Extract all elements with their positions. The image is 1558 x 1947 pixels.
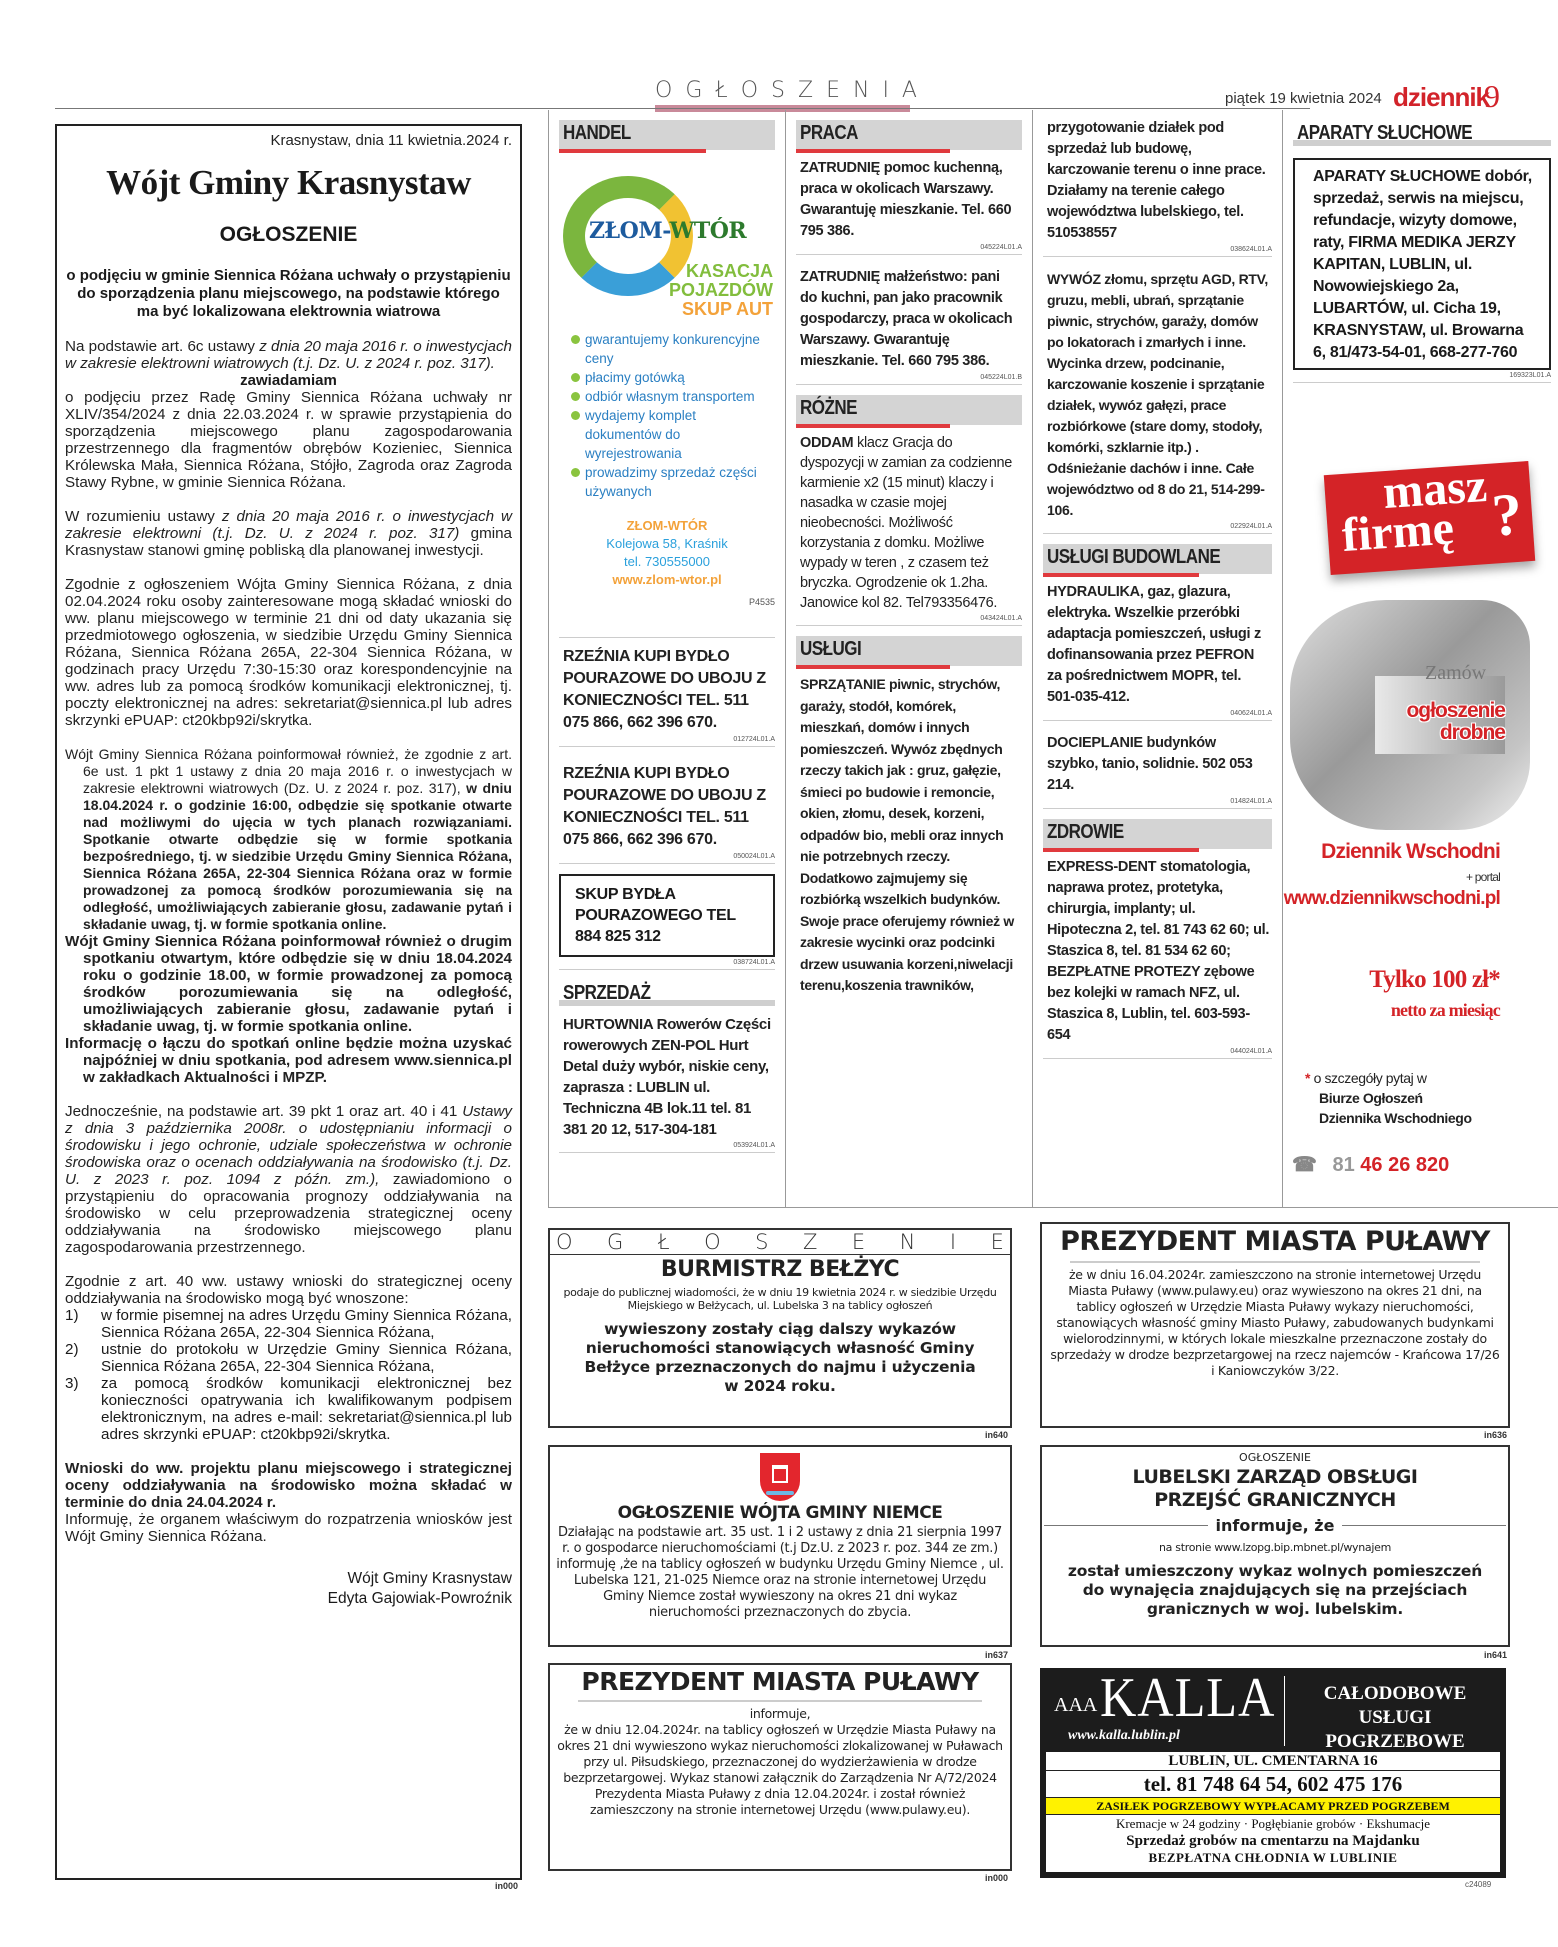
krasnystaw-notice: Krasnystaw, dnia 11 kwietnia.2024 r. Wój…	[55, 124, 522, 1880]
notice-title: PREZYDENT MIASTA PUŁAWY	[550, 1667, 1010, 1696]
notice-heading: OGŁOSZENIE	[65, 223, 512, 247]
classified-ad: ODDAM klacz Gracja do dyspozycji w zamia…	[796, 425, 1022, 613]
classified-ad: RZEŹNIA KUPI BYDŁO POURAZOWE DO UBOJU Z …	[559, 747, 775, 851]
classified-ad: przygotowanie działek pod sprzedaż lub b…	[1043, 108, 1272, 244]
notice-url: na stronie www.lzopg.bip.mbnet.pl/wynaje…	[1042, 1541, 1508, 1554]
classified-ad-boxed: APARATY SŁUCHOWE dobór, sprzedaż, serwis…	[1293, 158, 1551, 370]
section-header-handel: HANDEL	[559, 120, 775, 150]
kalla-phone: tel. 81 748 64 54, 602 475 176	[1046, 1771, 1500, 1797]
column-aparaty: APARATY SŁUCHOWE APARATY SŁUCHOWE dobór,…	[1283, 108, 1558, 383]
issue-date: piątek 19 kwietnia 2024	[1225, 90, 1382, 107]
notice-body: wywieszony zostały ciąg dalszy wykazów n…	[580, 1320, 980, 1396]
notice-place-date: Krasnystaw, dnia 11 kwietnia.2024 r.	[65, 132, 512, 149]
notice-title: LUBELSKI ZARZĄD OBSŁUGI PRZEJŚĆ GRANICZN…	[1112, 1466, 1438, 1512]
notice-title: PREZYDENT MIASTA PUŁAWY	[1042, 1226, 1508, 1257]
promo-url-link[interactable]: www.dziennikwschodni.pl	[1284, 888, 1500, 910]
notice-lzopg: OGŁOSZENIE LUBELSKI ZARZĄD OBSŁUGI PRZEJ…	[1040, 1445, 1510, 1647]
notice-pulawy-1: PREZYDENT MIASTA PUŁAWY że w dniu 16.04.…	[1040, 1222, 1510, 1428]
notice-paragraph: Na podstawie art. 6c ustawy z dnia 20 ma…	[65, 338, 512, 372]
notice-body: że w dniu 16.04.2024r. zamieszczono na s…	[1050, 1267, 1500, 1379]
niemce-crest-icon	[760, 1453, 800, 1501]
promo-brand: Dziennik Wschodni	[1321, 840, 1500, 864]
section-header-aparaty: APARATY SŁUCHOWE	[1293, 120, 1551, 146]
classified-ad: HURTOWNIA Rowerów Części rowerowych ZEN-…	[559, 1006, 775, 1140]
notice-paragraph: Zgodnie z ogłoszeniem Wójta Gminy Sienni…	[65, 576, 512, 729]
notice-body: został umieszczony wykaz wolnych pomiesz…	[1062, 1562, 1488, 1619]
column-handel: HANDEL ZŁOM-WTÓR KASACJA POJAZDÓW SKUP A…	[549, 108, 785, 1153]
notice-belzyce: OGŁOSZENIE BURMISTRZ BEŁŻYC podaje do pu…	[548, 1228, 1012, 1428]
notice-intro: podaje do publicznej wiadomości, że w dn…	[554, 1286, 1006, 1312]
section-header-zdrowie: ZDROWIE	[1043, 819, 1272, 849]
notice-informuje: informuje,	[550, 1706, 1010, 1722]
column-uslugi: przygotowanie działek pod sprzedaż lub b…	[1033, 108, 1282, 1059]
notice-paragraph: Informuję, że organem właściwym do rozpa…	[65, 1511, 512, 1545]
promo-price: Tylko 100 zł*	[1369, 966, 1500, 994]
classified-ad: SPRZĄTANIE piwnic, strychów, garaży, sto…	[796, 666, 1022, 997]
notice-paragraph: Wójt Gminy Siennica Różana poinformował …	[65, 933, 512, 1035]
section-header-uslugi: USŁUGI	[796, 636, 1022, 666]
promo-phone: ☎ 81 46 26 820	[1292, 1152, 1449, 1177]
classified-ad: HYDRAULIKA, gaz, glazura, elektryka. Wsz…	[1043, 574, 1272, 708]
notice-list-item: 2)ustnie do protokołu w Urzędzie Gminy S…	[65, 1341, 512, 1375]
notice-niemce: OGŁOSZENIE WÓJTA GMINY NIEMCE Działając …	[548, 1445, 1012, 1647]
section-header-praca: PRACA	[796, 120, 1022, 150]
classified-ad: ZATRUDNIĘ małżeństwo: pani do kuchni, pa…	[796, 255, 1022, 372]
telephone-icon: ☎	[1292, 1154, 1317, 1176]
promo-ogloszenie-drobne: ogłoszenie drobne	[1380, 700, 1505, 744]
notice-paragraph: W rozumieniu ustawy z dnia 20 maja 2016 …	[65, 508, 512, 559]
notice-list-item: 1)w formie pisemnej na adres Urzędu Gmin…	[65, 1307, 512, 1341]
section-header-uslugi-budowlane: USŁUGI BUDOWLANE	[1043, 544, 1272, 574]
notice-list-item: 3)za pomocą środków komunikacji elektron…	[65, 1375, 512, 1443]
kalla-website-link[interactable]: www.kalla.lublin.pl	[1068, 1728, 1180, 1744]
promo-price-sub: netto za miesiąc	[1391, 1000, 1500, 1021]
notice-signature: Wójt Gminy Krasnystaw Edyta Gajowiak-Pow…	[65, 1569, 512, 1609]
notice-body: że w dniu 12.04.2024r. na tablicy ogłosz…	[556, 1722, 1004, 1818]
promo-plus-portal: + portal	[1466, 870, 1500, 884]
notice-title: BURMISTRZ BEŁŻYC	[550, 1257, 1010, 1282]
section-header-rozne: RÓŻNE	[796, 395, 1022, 425]
promo-zamow: Zamów	[1425, 662, 1486, 685]
notice-paragraph: Informację o łączu do spotkań online będ…	[65, 1035, 512, 1086]
classified-ad: RZEŹNIA KUPI BYDŁO POURAZOWE DO UBOJU Z …	[559, 638, 775, 734]
ad-code: in000	[495, 1881, 518, 1891]
classified-ad: DOCIEPLANIE budynków szybko, tanio, soli…	[1043, 721, 1272, 796]
kalla-logo: KALLA	[1100, 1668, 1275, 1728]
column-praca: PRACA ZATRUDNIĘ pomoc kuchenną, praca w …	[786, 108, 1032, 997]
promo-note: * o szczegóły pytaj w Biurze Ogłoszeń Dz…	[1305, 1068, 1472, 1128]
section-title: OGŁOSZENIA	[655, 78, 915, 103]
notice-subject: o podjęciu w gminie Siennica Różana uchw…	[65, 267, 512, 321]
classified-ad-boxed: SKUP BYDŁA POURAZOWEGO TEL 884 825 312	[559, 874, 775, 957]
ogloszenie-spaced-heading: OGŁOSZENIE	[550, 1230, 1010, 1255]
zlom-wtor-logo: ZŁOM-WTÓR KASACJA POJAZDÓW SKUP AUT	[559, 170, 779, 320]
notice-authority: Wójt Gminy Krasnystaw	[65, 163, 512, 203]
classified-ad: WYWÓZ złomu, sprzętu AGD, RTV, gruzu, me…	[1043, 257, 1272, 521]
notice-paragraph: Jednocześnie, na podstawie art. 39 pkt 1…	[65, 1103, 512, 1256]
notice-paragraph: o podjęciu przez Radę Gminy Siennica Róż…	[65, 389, 512, 491]
zlom-website-link[interactable]: www.zlom-wtor.pl	[559, 571, 775, 589]
classified-ad: ZATRUDNIĘ pomoc kuchenną, praca w okolic…	[796, 150, 1022, 242]
notice-deadline: Wnioski do ww. projektu planu miejscoweg…	[65, 1460, 512, 1511]
classified-ad: EXPRESS-DENT stomatologia, naprawa prote…	[1043, 849, 1272, 1046]
section-header-sprzedaz: SPRZEDAŻ	[559, 980, 775, 1006]
kalla-funeral-ad: AAA KALLA www.kalla.lublin.pl CAŁODOBOWE…	[1040, 1668, 1506, 1878]
notice-body: Działając na podstawie art. 35 ust. 1 i …	[556, 1525, 1004, 1621]
notice-label: OGŁOSZENIE	[1042, 1451, 1508, 1464]
notice-informuje: informuje, że	[1208, 1516, 1343, 1535]
notice-paragraph: Zgodnie z art. 40 ww. ustawy wnioski do …	[65, 1273, 512, 1307]
masz-firme-banner: masz firmę ?	[1324, 461, 1535, 575]
notice-zawiadamiam: zawiadamiam	[65, 372, 512, 389]
zlom-bullets: gwarantujemy konkurencyjne ceny płacimy …	[559, 330, 775, 501]
notice-title: OGŁOSZENIE WÓJTA GMINY NIEMCE	[550, 1503, 1010, 1523]
notice-paragraph: Wójt Gminy Siennica Różana poinformował …	[65, 746, 512, 933]
notice-pulawy-2: PREZYDENT MIASTA PUŁAWY informuje, że w …	[548, 1663, 1012, 1871]
zlom-contact: ZŁOM-WTÓR Kolejowa 58, Kraśnik tel. 7305…	[559, 517, 775, 589]
